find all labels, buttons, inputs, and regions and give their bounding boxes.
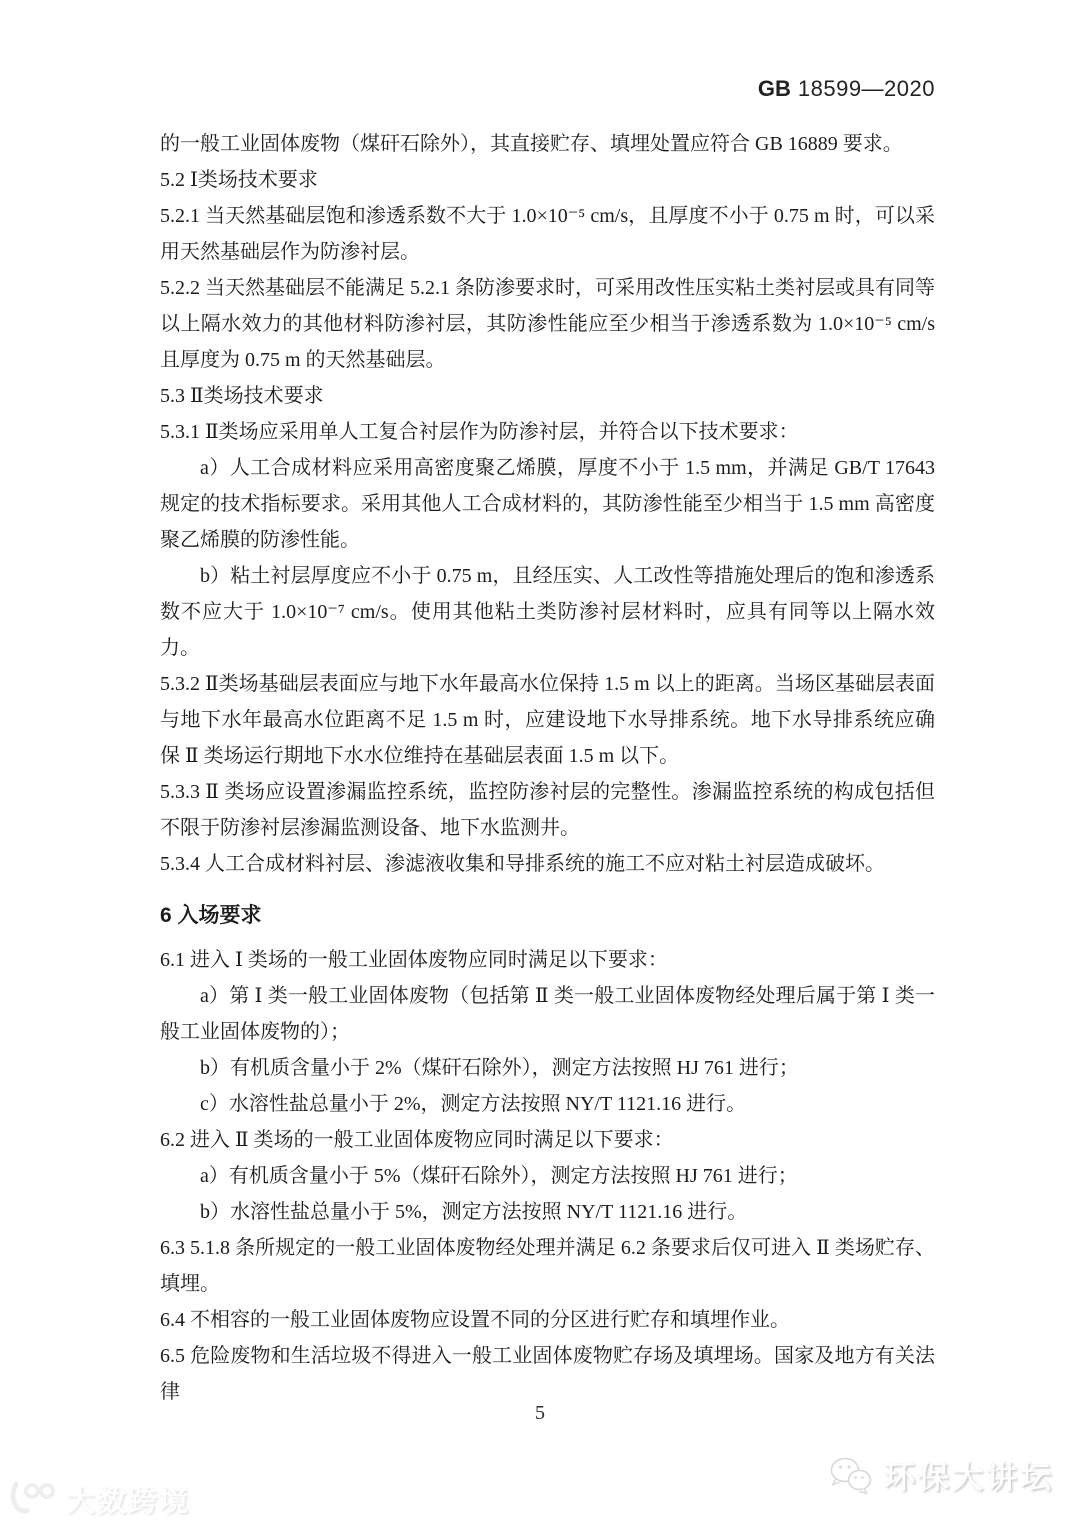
paragraph-6-1-b: b）有机质含量小于 2%（煤矸石除外），测定方法按照 HJ 761 进行； xyxy=(160,1050,935,1086)
paragraph-5-3-1-a: a）人工合成材料应采用高密度聚乙烯膜，厚度不小于 1.5 mm，并满足 GB/T… xyxy=(160,450,935,558)
paragraph-5-2-2: 5.2.2 当天然基础层不能满足 5.2.1 条防渗要求时，可采用改性压实粘土类… xyxy=(160,270,935,378)
paragraph-6-2: 6.2 进入 Ⅱ 类场的一般工业固体废物应同时满足以下要求： xyxy=(160,1122,935,1158)
paragraph-6-5: 6.5 危险废物和生活垃圾不得进入一般工业固体废物贮存场及填埋场。国家及地方有关… xyxy=(160,1338,935,1410)
paragraph-5-3-1: 5.3.1 Ⅱ类场应采用单人工复合衬层作为防渗衬层，并符合以下技术要求： xyxy=(160,414,935,450)
wechat-icon xyxy=(828,1455,874,1495)
standard-code-number: 18599—2020 xyxy=(798,76,935,101)
paragraph-6-1: 6.1 进入 Ⅰ 类场的一般工业固体废物应同时满足以下要求： xyxy=(160,942,935,978)
page-number: 5 xyxy=(0,1402,1080,1425)
page-header: GB18599—2020 xyxy=(160,76,935,102)
page-content: GB18599—2020 的一般工业固体废物（煤矸石除外），其直接贮存、填埋处置… xyxy=(160,76,935,1410)
watermark-label: 环保大讲坛 xyxy=(884,1452,1054,1497)
paragraph-6-1-c: c）水溶性盐总量小于 2%，测定方法按照 NY/T 1121.16 进行。 xyxy=(160,1086,935,1122)
paragraph-5-3-1-b: b）粘土衬层厚度应不小于 0.75 m，且经压实、人工改性等措施处理后的饱和渗透… xyxy=(160,558,935,666)
paragraph-6-2-b: b）水溶性盐总量小于 5%，测定方法按照 NY/T 1121.16 进行。 xyxy=(160,1194,935,1230)
paragraph-6-1-a: a）第 Ⅰ 类一般工业固体废物（包括第 Ⅱ 类一般工业固体废物经处理后属于第 Ⅰ… xyxy=(160,978,935,1050)
dashukuajing-logo-icon xyxy=(4,1478,58,1520)
document-body: 的一般工业固体废物（煤矸石除外），其直接贮存、填埋处置应符合 GB 16889 … xyxy=(160,126,935,1410)
document-page: GB18599—2020 的一般工业固体废物（煤矸石除外），其直接贮存、填埋处置… xyxy=(0,0,1080,1527)
watermark-bottom-left: 大数跨境 xyxy=(4,1478,190,1520)
paragraph-5-3-4: 5.3.4 人工合成材料衬层、渗滤液收集和导排系统的施工不应对粘土衬层造成破坏。 xyxy=(160,846,935,882)
paragraph-5-3-2: 5.3.2 Ⅱ类场基础层表面应与地下水年最高水位保持 1.5 m 以上的距离。当… xyxy=(160,666,935,774)
paragraph-5-3-3: 5.3.3 Ⅱ 类场应设置渗漏监控系统，监控防渗衬层的完整性。渗漏监控系统的构成… xyxy=(160,774,935,846)
paragraph-5-2-1: 5.2.1 当天然基础层饱和渗透系数不大于 1.0×10⁻⁵ cm/s，且厚度不… xyxy=(160,198,935,270)
paragraph-6-4: 6.4 不相容的一般工业固体废物应设置不同的分区进行贮存和填埋作业。 xyxy=(160,1302,935,1338)
paragraph-6-3: 6.3 5.1.8 条所规定的一般工业固体废物经处理并满足 6.2 条要求后仅可… xyxy=(160,1230,935,1302)
paragraph-5-2: 5.2 Ⅰ类场技术要求 xyxy=(160,162,935,198)
paragraph-5-3: 5.3 Ⅱ类场技术要求 xyxy=(160,378,935,414)
watermark-bottom-right: 环保大讲坛 xyxy=(828,1452,1054,1497)
standard-code-prefix: GB xyxy=(758,76,791,101)
paragraph-6-2-a: a）有机质含量小于 5%（煤矸石除外），测定方法按照 HJ 761 进行； xyxy=(160,1158,935,1194)
watermark-label: 大数跨境 xyxy=(66,1479,190,1520)
paragraph-cont-5-1: 的一般工业固体废物（煤矸石除外），其直接贮存、填埋处置应符合 GB 16889 … xyxy=(160,126,935,162)
paragraph-6: 6 入场要求 xyxy=(160,898,935,934)
